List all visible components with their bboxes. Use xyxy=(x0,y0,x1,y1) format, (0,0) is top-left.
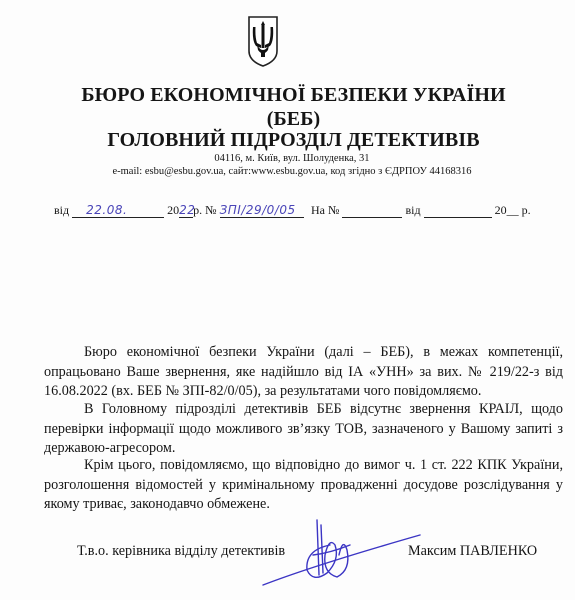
body-paragraph-1: Бюро економічної безпеки України (далі –… xyxy=(44,343,563,402)
handwritten-signature xyxy=(255,515,425,590)
paragraph-text: В Головному підрозділі детективів БЕБ ві… xyxy=(44,400,563,459)
body-paragraph-2: В Головному підрозділі детективів БЕБ ві… xyxy=(44,400,563,459)
body-paragraph-3: Крім цього, повідомляємо, що відповідно … xyxy=(44,456,563,515)
incoming-date-field xyxy=(424,204,492,218)
letter-page: БЮРО ЕКОНОМІЧНОЇ БЕЗПЕКИ УКРАЇНИ (БЕБ) Г… xyxy=(0,0,575,600)
contact-details: e-mail: esbu@esbu.gov.ua, сайт:www.esbu.… xyxy=(82,166,502,177)
signatory-role: Т.в.о. керівника відділу детективів xyxy=(77,543,285,560)
date-handwritten: 22.08. xyxy=(86,203,127,217)
organization-abbreviation: (БЕБ) xyxy=(6,108,575,131)
outgoing-reference: від 22.08. 2022р. № ЗПІ/29/0/05 xyxy=(54,203,304,218)
signatory-name: Максим ПАВЛЕНКО xyxy=(408,543,537,560)
number-field: ЗПІ/29/0/05 xyxy=(220,204,304,218)
year-suffix: р. № xyxy=(193,203,216,217)
postal-address: 04116, м. Київ, вул. Шолуденка, 31 xyxy=(82,153,502,164)
paragraph-text: Крім цього, повідомляємо, що відповідно … xyxy=(44,456,563,515)
year-field: 22 xyxy=(179,204,193,218)
incoming-year-label: 20__ р. xyxy=(495,203,531,217)
paragraph-text: Бюро економічної безпеки України (далі –… xyxy=(44,343,563,402)
year-prefix: 20 xyxy=(167,203,179,217)
year-handwritten: 22 xyxy=(179,203,195,217)
ukraine-trident-coat-of-arms-icon xyxy=(247,15,279,68)
date-field: 22.08. xyxy=(72,204,164,218)
incoming-from-label: від xyxy=(405,203,420,217)
organization-name: БЮРО ЕКОНОМІЧНОЇ БЕЗПЕКИ УКРАЇНИ xyxy=(6,84,575,107)
department-name: ГОЛОВНИЙ ПІДРОЗДІЛ ДЕТЕКТИВІВ xyxy=(6,129,575,152)
incoming-reference: На № від 20__ р. xyxy=(311,203,531,218)
incoming-number-label: На № xyxy=(311,203,339,217)
number-handwritten: ЗПІ/29/0/05 xyxy=(220,203,296,217)
incoming-number-field xyxy=(342,204,402,218)
from-label: від xyxy=(54,203,69,217)
